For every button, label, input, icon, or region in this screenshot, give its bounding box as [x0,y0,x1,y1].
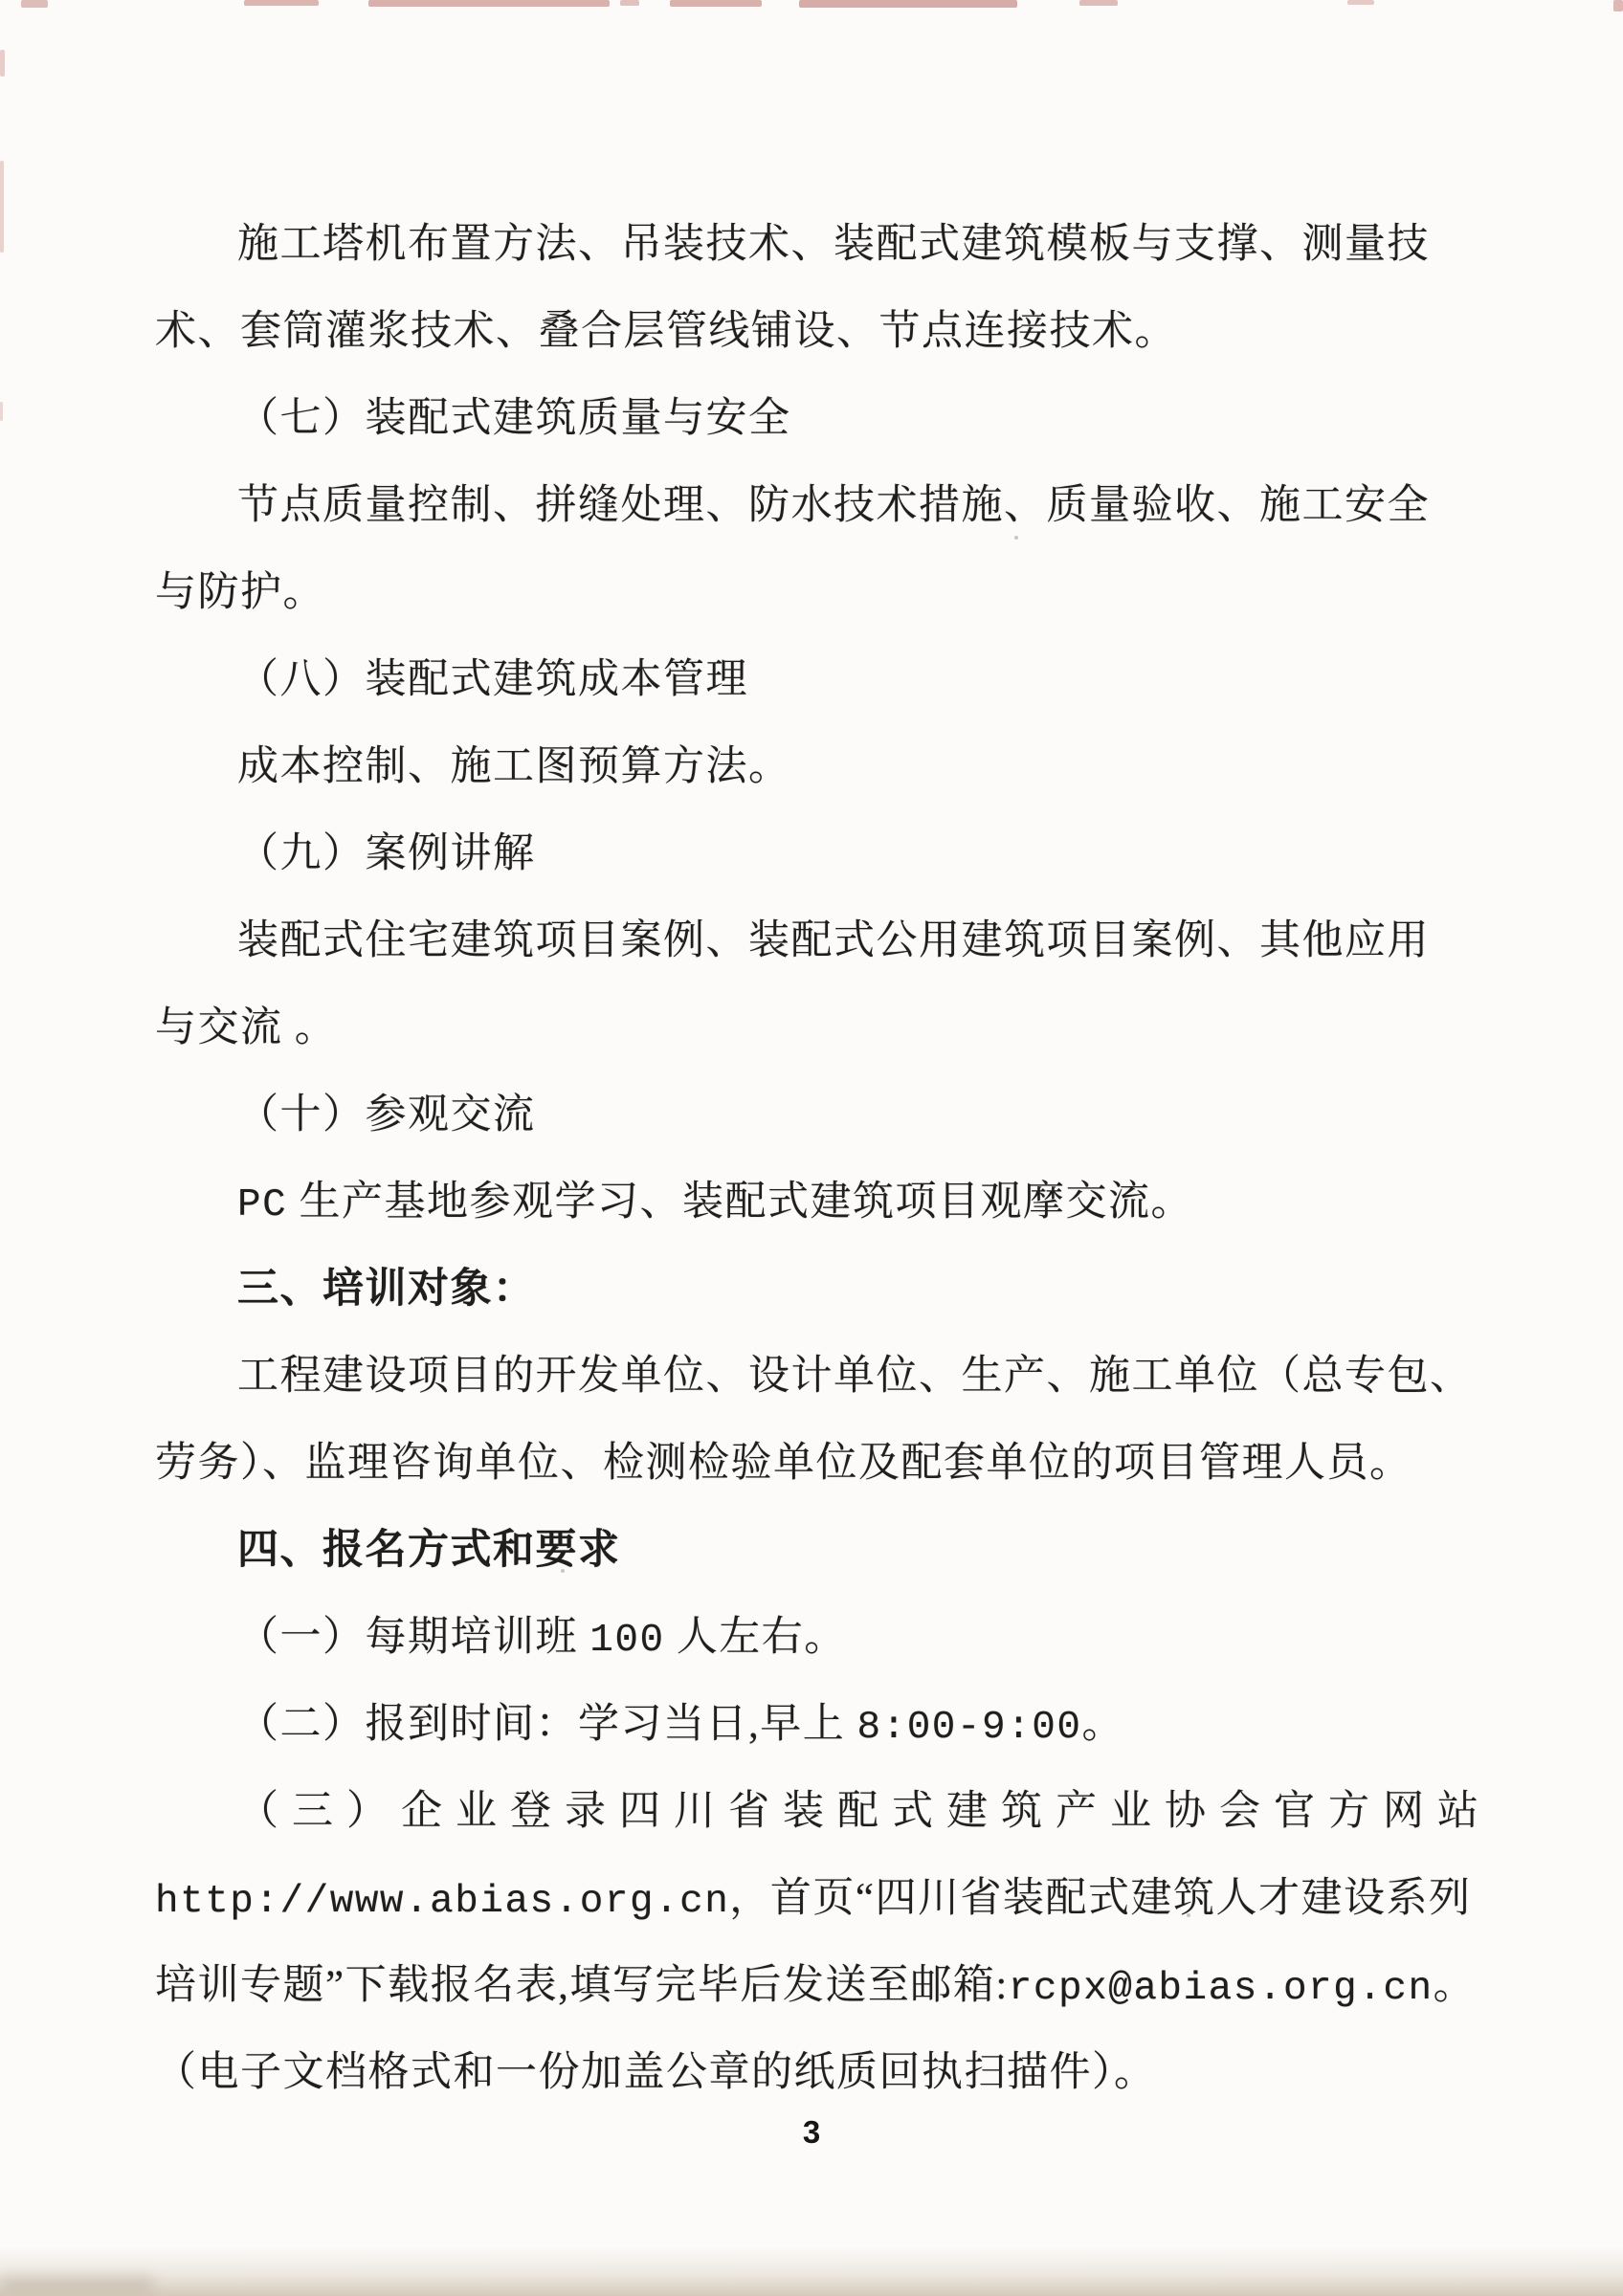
scan-mark-top [1347,0,1374,5]
scan-mark-top [21,0,48,8]
doc-line: 培训专题”下载报名表,填写完毕后发送至邮箱:rcpx@abias.org.cn。 [155,1942,1401,2029]
doc-line: （电子文档格式和一份加盖公章的纸质回执扫描件）。 [155,2029,1401,2116]
doc-line: 工程建设项目的开发单位、设计单位、生产、施工单位（总专包、 [155,1333,1401,1420]
subsection-heading: （八）装配式建筑成本管理 [155,636,1401,723]
doc-line: （三）企业登录四川省装配式建筑产业协会官方网站 [155,1768,1401,1855]
email-address: rcpx@abias.org.cn [1009,1967,1434,2011]
doc-line: 劳务）、监理咨询单位、检测检验单位及配套单位的项目管理人员。 [155,1420,1401,1507]
doc-line-text: 首页“四川省装配式建筑人才建设系列 [770,1876,1472,1921]
page-number: 3 [0,2114,1623,2151]
doc-line: 节点质量控制、拼缝处理、防水技术措施、质量验收、施工安全 [155,462,1401,549]
doc-line: 施工塔机布置方法、吊装技术、装配式建筑模板与支撑、测量技 [155,201,1401,288]
doc-line: PC 生产基地参观学习、装配式建筑项目观摩交流。 [155,1159,1401,1246]
doc-line-text: （二）报到时间：学习当日,早上 [237,1702,857,1747]
doc-line: （一）每期培训班 100 人左右。 [155,1594,1401,1681]
subsection-heading: （十）参观交流 [155,1071,1401,1159]
doc-line: 术、套筒灌浆技术、叠合层管线铺设、节点连接技术。 [155,288,1401,375]
scan-mark-top [244,0,319,6]
scan-mark-top [368,0,610,7]
subsection-heading: （九）案例讲解 [155,810,1401,897]
scan-mark-left [0,402,3,421]
doc-line-text: 人左右。 [665,1615,847,1660]
doc-line: 成本控制、施工图预算方法。 [155,723,1401,810]
scan-mark-top [799,0,1017,8]
number-text: 100 [589,1619,664,1663]
doc-line: （二）报到时间：学习当日,早上 8:00-9:00。 [155,1681,1401,1768]
doc-line-text: （一）每期培训班 [237,1615,589,1660]
doc-line: 装配式住宅建筑项目案例、装配式公用建筑项目案例、其他应用 [155,897,1401,984]
scanned-document-page: 施工塔机布置方法、吊装技术、装配式建筑模板与支撑、测量技 术、套筒灌浆技术、叠合… [0,0,1623,2296]
latin-text: PC [237,1183,287,1227]
scan-mark-top [1613,0,1623,11]
website-url: http://www.abias.org.cn， [155,1880,770,1924]
section-heading: 四、报名方式和要求 [155,1507,1401,1594]
doc-line-text: 生产基地参观学习、装配式建筑项目观摩交流。 [287,1180,1193,1225]
doc-line-text: 。 [1081,1702,1124,1747]
scan-mark-top [670,0,762,7]
doc-line-text: 。 [1434,1963,1477,2008]
document-body: 施工塔机布置方法、吊装技术、装配式建筑模板与支撑、测量技 术、套筒灌浆技术、叠合… [155,201,1401,2116]
section-heading: 三、培训对象： [155,1246,1401,1333]
doc-line: 与交流 。 [155,984,1401,1071]
scan-mark-left [0,161,4,253]
subsection-heading: （七）装配式建筑质量与安全 [155,375,1401,462]
time-text: 8:00-9:00 [857,1706,1082,1750]
doc-line: 与防护。 [155,549,1401,636]
doc-line: http://www.abias.org.cn，首页“四川省装配式建筑人才建设系… [155,1855,1401,1942]
scan-mark-top [1079,0,1118,6]
doc-line-text: 培训专题”下载报名表,填写完毕后发送至邮箱: [155,1963,1009,2008]
scan-mark-left [0,50,5,77]
scan-mark-top [620,0,639,6]
scan-bottom-shadow [0,2246,1623,2296]
